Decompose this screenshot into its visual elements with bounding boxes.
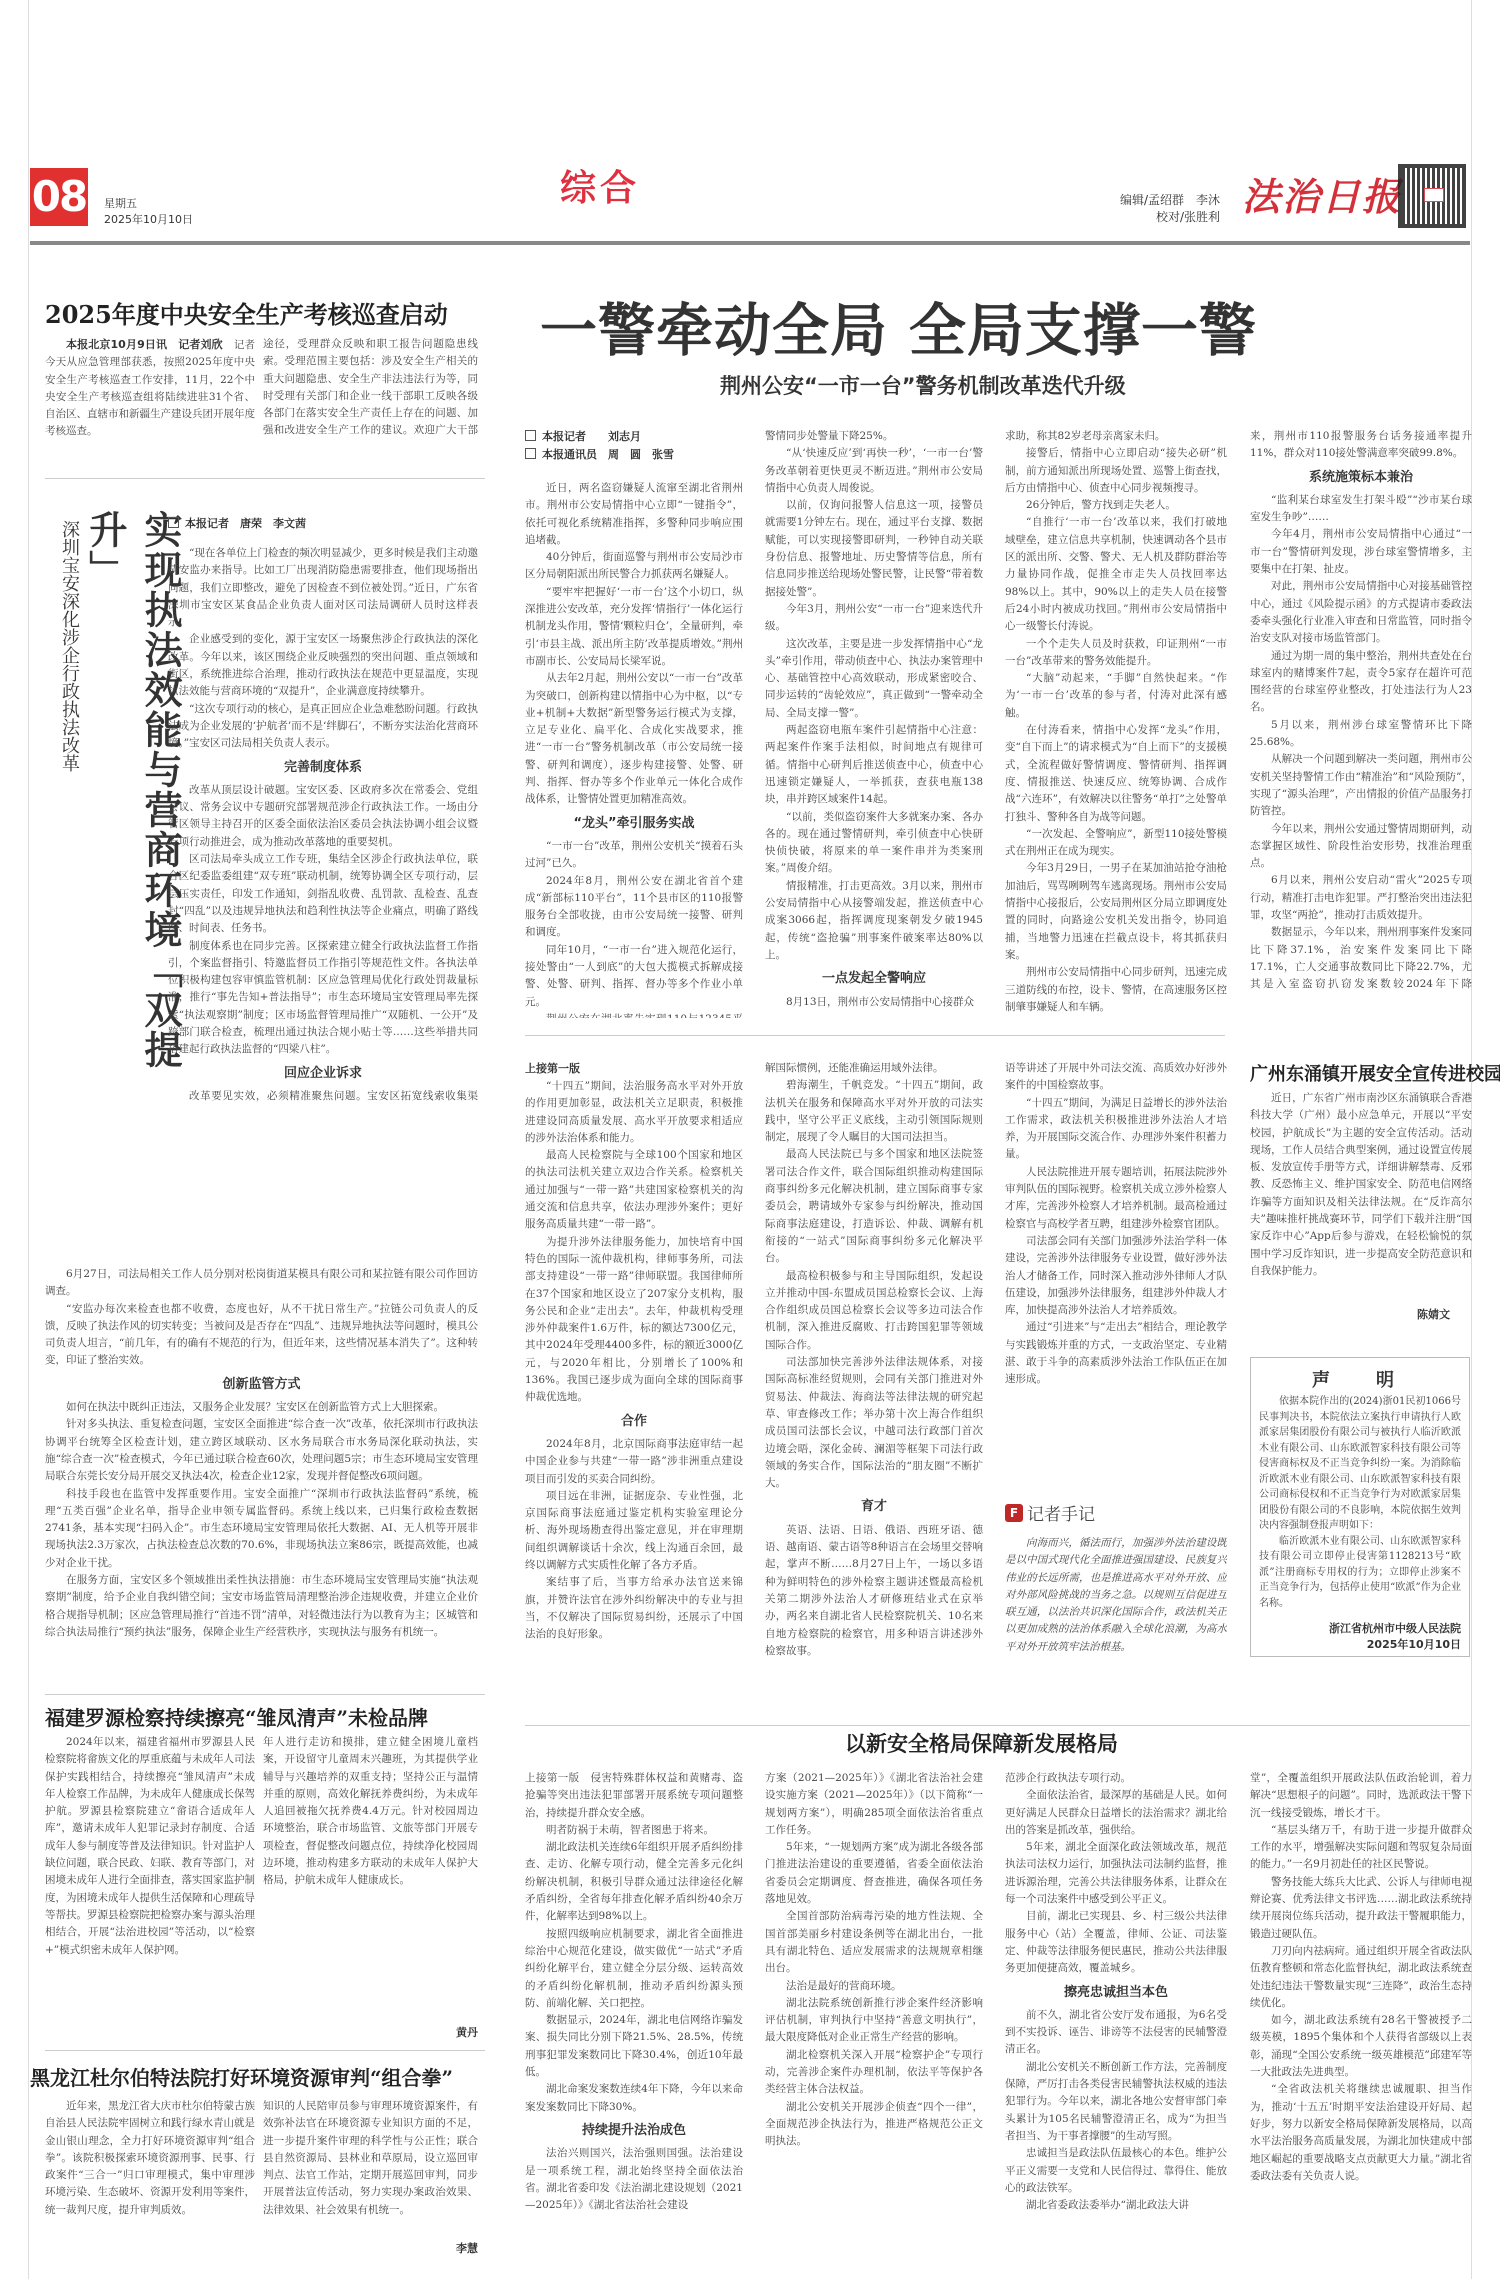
date: 2025年10月10日 xyxy=(104,212,193,228)
paragraph: 在付涛看来，情指中心发挥“龙头”作用，变“自下而上”的请求模式为“自上而下”的支… xyxy=(1005,722,1227,826)
paragraph: 2024年8月，荆州公安在湖北省首个建成“新部标110平台”，11个县市区的11… xyxy=(525,873,743,942)
article2-byline: 本报记者 唐荣 李文茜 xyxy=(168,515,478,533)
paragraph: 依据本院作出的(2024)浙01民初1066号民事判决书，本院依法立案执行申请执… xyxy=(1259,1394,1461,1534)
court-declaration: 声 明 依据本院作出的(2024)浙01民初1066号民事判决书，本院依法立案执… xyxy=(1250,1357,1470,1657)
article5-author: 陈婧文 xyxy=(1350,1306,1450,1322)
paragraph: 近年来，黑龙江省大庆市杜尔伯特蒙古族自治县人民法院牢固树立和践行绿水青山就是金山… xyxy=(45,2098,255,2219)
paragraph: 近日，两名盗窃嫌疑人流窜至湖北省荆州市。荆州市公安局情指中心立即“一键指令”，依… xyxy=(525,480,743,549)
paragraph: “要牢牢把握好‘一市一台’这个小切口，纵深推进公安改革，充分发挥‘情指行’一体化… xyxy=(525,584,743,670)
paragraph: 从去年2月起，荆州公安以“一市一台”改革为突破口，创新构建以情指中心为中枢，以“… xyxy=(525,670,743,808)
paragraph: 在服务方面，宝安区多个领域推出柔性执法措施：市生态环境局宝安管理局实施“执法观察… xyxy=(45,1572,478,1641)
paragraph: 通过为期一周的集中整治，荆州共查处在台球室内的赌博案件7起，责令5家存在超许可范… xyxy=(1250,648,1472,717)
paragraph: 解国际惯例，还能准确运用域外法律。 xyxy=(765,1060,983,1077)
paragraph: 今年3月29日，一男子在某加油站抢夺油枪加油后，骂骂咧咧驾车逃离现场。荆州市公安… xyxy=(1005,860,1227,964)
section-title: 综合 xyxy=(560,160,640,211)
byline-box-icon xyxy=(525,448,536,459)
paragraph: 最高人民法院已与多个国家和地区法院签署司法合作文件，联合国际组织推动构建国际商事… xyxy=(765,1146,983,1267)
paragraph: 忠诚担当是政法队伍最核心的本色。维护公平正义需要一支党和人民信得过、靠得住、能放… xyxy=(1005,2145,1227,2197)
proofreader-line: 校对/张胜利 xyxy=(1120,209,1220,226)
declaration-title: 声 明 xyxy=(1259,1366,1461,1392)
paragraph: 同年10月，“一市一台”进入规范化运行，接处警由“一人到底”的大包大揽模式拆解成… xyxy=(525,942,743,1011)
subheading: 合作 xyxy=(525,1413,743,1430)
article3-col2: 年人进行走访和摸排，建立健全困境儿童档案，开设留守儿童周末兴趣班，为其提供学业辅… xyxy=(263,1734,478,2024)
paragraph: “一次发起、全警响应”，新型110接处警模式在荆州正在成为现实。 xyxy=(1005,826,1227,861)
paragraph: 企业感受到的变化，源于宝安区一场聚焦涉企行政执法的深化改革。今年以来，该区围绕企… xyxy=(168,631,478,700)
article4-title: 黑龙江杜尔伯特法院打好环境资源审判“组合拳” xyxy=(30,2062,453,2091)
main-col2: 警情同步处警量下降25%。 “从‘快速反应’到‘再快一秒’，‘一市一台’警务改革… xyxy=(765,428,983,1018)
paragraph: 湖北法院系统创新推行涉企案件经济影响评估机制，审判执行中坚持“善意文明执行”，最… xyxy=(765,1995,983,2047)
paragraph: 针对多头执法、重复检查问题，宝安区全面推进“综合查一次”改革，依托深圳市行政执法… xyxy=(45,1416,478,1485)
paragraph: 今年以来，荆州公安通过警情周期研判，动态掌握区域性、阶段性治安形势，找准治理重点… xyxy=(1250,821,1472,873)
paragraph: 今年4月，荆州市公安局情指中心通过“一市一台”警情研判发现，涉台球室警情增多，主… xyxy=(1250,526,1472,578)
paragraph: 临沂欧派木业有限公司、山东欧派智家科技有限公司立即停止侵害第1128213号“欧… xyxy=(1259,1534,1461,1612)
main-byline1: 本报记者 刘志月 xyxy=(525,428,743,446)
paragraph: 湖北命案发案数连续4年下降，今年以来命案发案数同比下降30%。 xyxy=(525,2081,743,2116)
paragraph: 这次改革，主要是进一步发挥情指中心“龙头”牵引作用，带动侦查中心、执法办案管理中… xyxy=(765,636,983,722)
paragraph: “基层头绪万千，有助于进一步提升做群众工作的水平，增强解决实际问题和驾驭复杂局面… xyxy=(1250,1822,1472,1874)
paragraph: 碧海潮生，千帆竞发。“十四五”期间，政法机关在服务和保障高水平对外开放的司法实践… xyxy=(765,1077,983,1146)
byline-text: 本报记者 唐荣 李文茜 xyxy=(185,517,306,530)
subheading: 创新监管方式 xyxy=(45,1376,478,1393)
article5-body: 近日，广东省广州市南沙区东涌镇联合香港科技大学（广州）最小应急单元，开展以“平安… xyxy=(1250,1090,1472,1290)
paragraph: 湖北政法机关连续6年组织开展矛盾纠纷排查、走访、化解专项行动，健全完善多元化纠纷… xyxy=(525,1839,743,1925)
article7-title: 以新安全格局保障新发展格局 xyxy=(845,1728,1118,1758)
subheading: “龙头”牵引服务实战 xyxy=(525,815,743,832)
article5-title: 广州东涌镇开展安全宣传进校园活动 xyxy=(1250,1060,1500,1086)
paragraph: 知识的人民陪审员参与审理环境资源案件，有效弥补法官在环境资源专业知识方面的不足，… xyxy=(263,2098,478,2219)
paragraph: “这次专项行动的核心，是真正回应企业急难愁盼问题。行政执法成为企业发展的‘护航者… xyxy=(168,701,478,753)
paragraph: 改革从顶层设计破题。宝安区委、区政府多次在常委会、党组会议、常务会议中专题研究部… xyxy=(168,782,478,851)
paragraph: 科技手段也在监管中发挥重要作用。宝安全面推广“深圳市行政执法监督码”系统，梳理“… xyxy=(45,1486,478,1572)
article3-author: 黄丹 xyxy=(400,2024,478,2040)
paragraph: “从‘快速反应’到‘再快一秒’，‘一市一台’警务改革朝着更快更灵不断迈进。”荆州… xyxy=(765,445,983,497)
paragraph: 前不久，湖北省公安厅发布通报，为6名受到不实投诉、诬告、诽谤等不法侵害的民辅警澄… xyxy=(1005,2007,1227,2059)
paragraph: “一市一台”改革，荆州公安机关“摸着石头过河”已久。 xyxy=(525,838,743,873)
paragraph: 英语、法语、日语、俄语、西班牙语、德语、越南语、蒙古语等8种语言在会场里交替响起… xyxy=(765,1522,983,1660)
paragraph: 2024年8月，北京国际商事法庭审结一起中国企业参与共建“一带一路”涉非洲重点建… xyxy=(525,1436,743,1488)
qr-code-icon[interactable] xyxy=(1398,164,1466,228)
article3-col1: 2024年以来，福建省福州市罗源县人民检察院将畲族文化的厚重底蕴与未成年人司法保… xyxy=(45,1734,255,2039)
paragraph: “十四五”期间，法治服务高水平对外开放的作用更加彰显，政法机关立足职责，积极推进… xyxy=(525,1078,743,1147)
subheading: 系统施策标本兼治 xyxy=(1250,469,1472,486)
article7-col1: 上接第一版 侵害特殊群体权益和黄赌毒、盗抢骗等突出违法犯罪部署开展系统专项问题整… xyxy=(525,1770,743,2265)
paragraph: 警务技能大练兵大比武、公诉人与律师电视辩论赛、优秀法律文书评选……湖北政法系统持… xyxy=(1250,1874,1472,1943)
paragraph: 2024年以来，福建省福州市罗源县人民检察院将畲族文化的厚重底蕴与未成年人司法保… xyxy=(45,1734,255,1959)
editors-line: 编辑/孟绍群 李沐 xyxy=(1120,192,1220,209)
newspaper-logo: 法治日报 xyxy=(1242,166,1402,221)
article1-text: 记者今天从应急管理部获悉，按照2025年度中央安全生产考核巡查工作安排，11月，… xyxy=(45,339,255,436)
article4-col2: 知识的人民陪审员参与审理环境资源案件，有效弥补法官在环境资源专业知识方面的不足，… xyxy=(263,2098,478,2238)
paragraph: 26分钟后，警方找到走失老人。 xyxy=(1005,497,1227,514)
header-rule xyxy=(30,241,1470,245)
paragraph: 司法部会同有关部门加强涉外法治学科一体建设，完善涉外法律服务专业设置，做好涉外法… xyxy=(1005,1233,1227,1319)
paragraph: 司法部加快完善涉外法律法规体系，对接国际高标准经贸规则，会同有关部门推进对外贸易… xyxy=(765,1354,983,1492)
byline-box-icon xyxy=(168,517,179,528)
editors: 编辑/孟绍群 李沐 校对/张胜利 xyxy=(1120,192,1220,226)
paragraph: 来，荆州市110报警服务台话务接通率提升11%，群众对110接处警满意率突破99… xyxy=(1250,428,1472,463)
paragraph: 堂”，全覆盖组织开展政法队伍政治轮训，着力解决“思想根子的问题”。同时，选派政法… xyxy=(1250,1770,1472,1822)
paragraph: 人民法院推进开展专题培训，拓展法院涉外审判队伍的国际视野。检察机关成立涉外检察人… xyxy=(1005,1164,1227,1233)
paragraph: 如今，湖北政法系统有28名干警被授予二级英模，1895个集体和个人获得省部级以上… xyxy=(1250,2012,1472,2081)
paragraph: “监利某台球室发生打架斗殴”“沙市某台球室发生争吵”…… xyxy=(1250,492,1472,527)
paragraph: 按照四级响应机制要求，湖北省全面推进综治中心规范化建设，做实做优“一站式”矛盾纠… xyxy=(525,1926,743,2012)
paragraph: 两起盗窃电瓶车案件引起情指中心注意：两起案件作案手法相似，时间地点有规律可循。情… xyxy=(765,722,983,808)
paragraph: 语等讲述了开展中外司法交流、高质效办好涉外案件的中国检察故事。 xyxy=(1005,1060,1227,1095)
paragraph: “大脑”动起来，“手脚”自然快起来。“作为‘一市一台’改革的参与者，付涛对此深有… xyxy=(1005,670,1227,722)
article7-col4: 堂”，全覆盖组织开展政法队伍政治轮训，着力解决“思想根子的问题”。同时，选派政法… xyxy=(1250,1770,1472,2240)
paragraph: 湖北检察机关深入开展“检察护企”专项行动，完善涉企案件办理机制，依法平等保护各类… xyxy=(765,2047,983,2099)
paragraph: “安监办每次来检查也都不收费，态度也好，从不干扰日常生产。”拉链公司负责人的反馈… xyxy=(45,1301,478,1370)
paragraph: 今年3月，荆州公安“一市一台”迎来迭代升级。 xyxy=(765,601,983,636)
paragraph: 5年来，湖北全面深化政法领域改革，规范执法司法权力运行，加强执法司法制约监督，推… xyxy=(1005,1839,1227,1908)
article7-col3: 范涉企行政执法专项行动。 全面依法治省，最深厚的基础是人民。如何更好满足人民群众… xyxy=(1005,1770,1227,2265)
paragraph: 情报精准，打击更高效。3月以来，荆州市公安局情指中心从接警端发起，推送侦查中心成… xyxy=(765,878,983,964)
paragraph: 接警后，情指中心立即启动“接失必研”机制，前方通知派出所现场处置、巡警上街查找，… xyxy=(1005,445,1227,497)
paragraph: 湖北公安机关开展涉企侦查“四个一律”，全面规范涉企执法行为，推进严格规范公正文明… xyxy=(765,2099,983,2151)
paragraph: 改革要见实效，必须精准聚焦问题。宝安区拓宽线索收集渠道：政府官网设立专栏公开征集… xyxy=(168,1088,478,1105)
weekday: 星期五 xyxy=(104,196,193,212)
paragraph: “全省政法机关将继续忠诚履职、担当作为，推动‘十五五’时期平安法治建设开好局、起… xyxy=(1250,2081,1472,2185)
paragraph: 6月以来，荆州公安启动“雷火”2025专项行动，精准打击电诈犯罪。严打整治突出违… xyxy=(1250,872,1472,924)
article7-col2: 方案（2021—2025年）》《湖北省法治社会建设实施方案（2021—2025年… xyxy=(765,1770,983,2265)
subheading: 擦亮忠诚担当本色 xyxy=(1005,1984,1227,2001)
article1-text: 途径，受理群众反映和职工报告问题隐患线索。受理范围主要包括：涉及安全生产相关的重… xyxy=(263,336,478,436)
paragraph: 案结事了后，当事方给承办法官送来锦旗，并赞许法官在涉外纠纷解决中的专业与担当，不… xyxy=(525,1574,743,1643)
reporter-notes-body: 向海而兴，循法而行，加强涉外法治建设既是以中国式现代化全面推进强国建设、民族复兴… xyxy=(1005,1535,1227,1695)
main-col1: 本报记者 刘志月 本报通讯员 周 圆 张雪 近日，两名盗窃嫌疑人流窜至湖北省荆州… xyxy=(525,428,743,1018)
paragraph: 40分钟后，街面巡警与荆州市公安局沙市区分局朝阳派出所民警合力抓获两名嫌疑人。 xyxy=(525,549,743,584)
paragraph: 荆州公安在湖北率先实现110与12345平台互通，工单互派，数据共享，派出所非警… xyxy=(525,1011,743,1018)
article1-col1: 本报北京10月9日讯 记者刘欣 记者今天从应急管理部获悉，按照2025年度中央安… xyxy=(45,336,255,436)
paragraph: 统计显示，“一市一台”警务机制改革以 xyxy=(1005,1016,1227,1018)
main-byline2: 本报通讯员 周 圆 张雪 xyxy=(525,446,743,464)
declaration-signer: 浙江省杭州市中级人民法院 xyxy=(1259,1620,1461,1636)
paragraph: “现在各单位上门检查的频次明显减少，更多时候是我们主动邀请安监办来指导。比如工厂… xyxy=(168,545,478,631)
paragraph: 从解决一个问题到解决一类问题，荆州市公安机关坚持警情工作由“精准治”和“风险预防… xyxy=(1250,751,1472,820)
paragraph: 5年来，“一规划两方案”成为湖北各级各部门推进法治建设的重要遵循，省委全面依法治… xyxy=(765,1839,983,1908)
paragraph: 警情同步处警量下降25%。 xyxy=(765,428,983,445)
paragraph: 范涉企行政执法专项行动。 xyxy=(1005,1770,1227,1787)
paragraph: 上接第一版 侵害特殊群体权益和黄赌毒、盗抢骗等突出违法犯罪部署开展系统专项问题整… xyxy=(525,1770,743,1822)
paragraph: 最高人民检察院与全球100个国家和地区的执法司法机关建立双边合作关系。检察机关通… xyxy=(525,1147,743,1233)
paragraph: 数据显示，2024年，湖北电信网络诈骗发案、损失同比分别下降21.5%、28.5… xyxy=(525,2012,743,2081)
paragraph: 刀刃向内祛病疴。通过组织开展全省政法队伍教育整顿和常态化监督执纪，湖北政法系统查… xyxy=(1250,1943,1472,2012)
paragraph: 为提升涉外法律服务能力，加快培育中国特色的国际一流仲裁机构，律师事务所，司法部支… xyxy=(525,1234,743,1407)
byline-text: 本报记者 刘志月 xyxy=(542,430,641,443)
continued-from-label: 上接第一版 xyxy=(525,1060,743,1078)
subheading: 一点发起全警响应 xyxy=(765,970,983,987)
paragraph: “自推行‘一市一台’改革以来，我们打破地域壁垒，建立信息共享机制，快速调动各个县… xyxy=(1005,514,1227,635)
paragraph: 全面依法治省，最深厚的基础是人民。如何更好满足人民群众日益增长的法治需求？湖北给… xyxy=(1005,1787,1227,1839)
paragraph: 一个个走失人员及时获救，印证荆州“一市一台”改革带来的警务效能提升。 xyxy=(1005,636,1227,671)
paragraph: 全国首部防治病毒污染的地方性法规、全国首部美丽乡村建设条例等在湖北出台，一批具有… xyxy=(765,1908,983,1977)
paragraph: 法治是最好的营商环境。 xyxy=(765,1978,983,1995)
paragraph: 数据显示，今年以来，荆州刑事案件发案同比下降37.1%，治安案件发案同比下降17… xyxy=(1250,924,1472,993)
paragraph: “以前，类似盗窃案件大多就案办案、各办各的。现在通过警情研判，牵引侦查中心快研快… xyxy=(765,809,983,878)
subheading: 育才 xyxy=(765,1498,983,1515)
declaration-date: 2025年10月10日 xyxy=(1259,1636,1461,1652)
subheading: 持续提升法治成色 xyxy=(525,2122,743,2139)
article2-body: 本报记者 唐荣 李文茜 “现在各单位上门检查的频次明显减少，更多时候是我们主动邀… xyxy=(168,515,478,1105)
paragraph: 近日，广东省广州市南沙区东涌镇联合香港科技大学（广州）最小应急单元，开展以“平安… xyxy=(1250,1090,1472,1280)
paragraph: 制度体系也在同步完善。区探索建立健全行政执法监督工作指引，个案监督指引、特邀监督… xyxy=(168,938,478,1059)
main-col4: 来，荆州市110报警服务台话务接通率提升11%，群众对110接处警满意率突破99… xyxy=(1250,428,1472,993)
article6-col2: 解国际惯例，还能准确运用域外法律。 碧海潮生，千帆竞发。“十四五”期间，政法机关… xyxy=(765,1060,983,1715)
paragraph: 年人进行走访和摸排，建立健全困境儿童档案，开设留守儿童周末兴趣班，为其提供学业辅… xyxy=(263,1734,478,1890)
reporter-notes-title: 记者手记 xyxy=(1027,1505,1095,1525)
paragraph: 通过“引进来”与“走出去”相结合，理论教学与实践锻炼并重的方式，一支政治坚定、专… xyxy=(1005,1319,1227,1388)
article4-author: 李慧 xyxy=(400,2240,478,2256)
paragraph: 湖北公安机关不断创新工作方法，完善制度保障，严厉打击各类侵害民辅警执法权威的违法… xyxy=(1005,2059,1227,2145)
byline-text: 本报通讯员 周 圆 张雪 xyxy=(542,448,674,461)
paragraph: 明者防祸于未萌，智者图患于将来。 xyxy=(525,1822,743,1839)
paragraph: 对此，荆州市公安局情指中心对接基础管控中心，通过《风险提示函》的方式提请市委政法… xyxy=(1250,578,1472,647)
paragraph: 荆州市公安局情指中心同步研判，迅速完成三道防线的布控，设卡、警情，在高速服务区控… xyxy=(1005,964,1227,1016)
main-headline: 一警牵动全局 全局支撑一警 xyxy=(540,285,1257,367)
article4-col1: 近年来，黑龙江省大庆市杜尔伯特蒙古族自治县人民法院牢固树立和践行绿水青山就是金山… xyxy=(45,2098,255,2254)
paragraph: 方案（2021—2025年）》《湖北省法治社会建设实施方案（2021—2025年… xyxy=(765,1770,983,1839)
main-col3: 求助，称其82岁老母亲离家未归。 接警后，情指中心立即启动“接失必研”机制，前方… xyxy=(1005,428,1227,1018)
paragraph: 项目远在非洲，证据庞杂、专业性强，北京国际商事法庭通过鉴定机构实验室理论分析、海… xyxy=(525,1488,743,1574)
paragraph: 湖北省委政法委举办“湖北政法大讲 xyxy=(1005,2197,1227,2214)
paragraph: 6月27日，司法局相关工作人员分别对松岗街道某模具有限公司和某拉链有限公司作回访… xyxy=(45,1266,478,1301)
page-number-badge: 08 xyxy=(30,168,88,226)
paragraph: 法治兴则国兴，法治强则国强。法治建设是一项系统工程，湖北始终坚持全面依法治省。湖… xyxy=(525,2145,743,2214)
reporter-notes-icon: F xyxy=(1005,1504,1023,1522)
main-subheadline: 荆州公安“一市一台”警务机制改革迭代升级 xyxy=(720,370,1126,400)
byline-box-icon xyxy=(525,430,536,441)
paragraph: 如何在执法中既纠正违法，又服务企业发展？宝安区在创新监管方式上大胆探索。 xyxy=(45,1399,478,1416)
article6-col1: 上接第一版 “十四五”期间，法治服务高水平对外开放的作用更加彰显，政法机关立足职… xyxy=(525,1060,743,1715)
article1-col2: 途径，受理群众反映和职工报告问题隐患线索。受理范围主要包括：涉及安全生产相关的重… xyxy=(263,336,478,436)
paragraph: 向海而兴，循法而行，加强涉外法治建设既是以中国式现代化全面推进强国建设、民族复兴… xyxy=(1005,1535,1227,1656)
paragraph: 求助，称其82岁老母亲离家未归。 xyxy=(1005,428,1227,445)
paragraph: “十四五”期间，为满足日益增长的涉外法治工作需求，政法机关积极推进涉外法治人才培… xyxy=(1005,1095,1227,1164)
paragraph: 以前，仅询问报警人信息这一项，接警员就需要1分钟左右。现在，通过平台支撑、数据赋… xyxy=(765,497,983,601)
article1-title: 2025年度中央安全生产考核巡查启动 xyxy=(45,295,448,330)
subheading: 回应企业诉求 xyxy=(168,1065,478,1082)
article2-subtitle: 深圳宝安深化涉企行政执法改革 xyxy=(56,520,82,880)
article6-col3: 语等讲述了开展中外司法交流、高质效办好涉外案件的中国检察故事。 “十四五”期间，… xyxy=(1005,1060,1227,1500)
paragraph: 区司法局牵头成立工作专班，集结全区涉企行政执法单位，联合区纪委监委组建“双专班”… xyxy=(168,851,478,937)
paragraph: 8月13日，荆州市公安局情指中心接群众 xyxy=(765,994,983,1011)
article3-title: 福建罗源检察持续擦亮“雏凤清声”未检品牌 xyxy=(45,1702,428,1731)
article1-lead: 本报北京10月9日讯 记者刘欣 xyxy=(66,338,234,351)
paragraph: 5月以来，荆州涉台球室警情环比下降25.68%。 xyxy=(1250,717,1472,752)
issue-date: 星期五 2025年10月10日 xyxy=(104,196,193,228)
paragraph: 目前，湖北已实现县、乡、村三级公共法律服务中心（站）全覆盖，律师、公证、司法鉴定… xyxy=(1005,1908,1227,1977)
subheading: 完善制度体系 xyxy=(168,759,478,776)
paragraph: 最高检积极参与和主导国际组织，发起设立并推动中国-东盟成员国总检察长会议、上海合… xyxy=(765,1268,983,1354)
reporter-notes-header: F记者手记 xyxy=(1005,1500,1227,1525)
article2-body-full: 6月27日，司法局相关工作人员分别对松岗街道某模具有限公司和某拉链有限公司作回访… xyxy=(45,1266,478,1688)
